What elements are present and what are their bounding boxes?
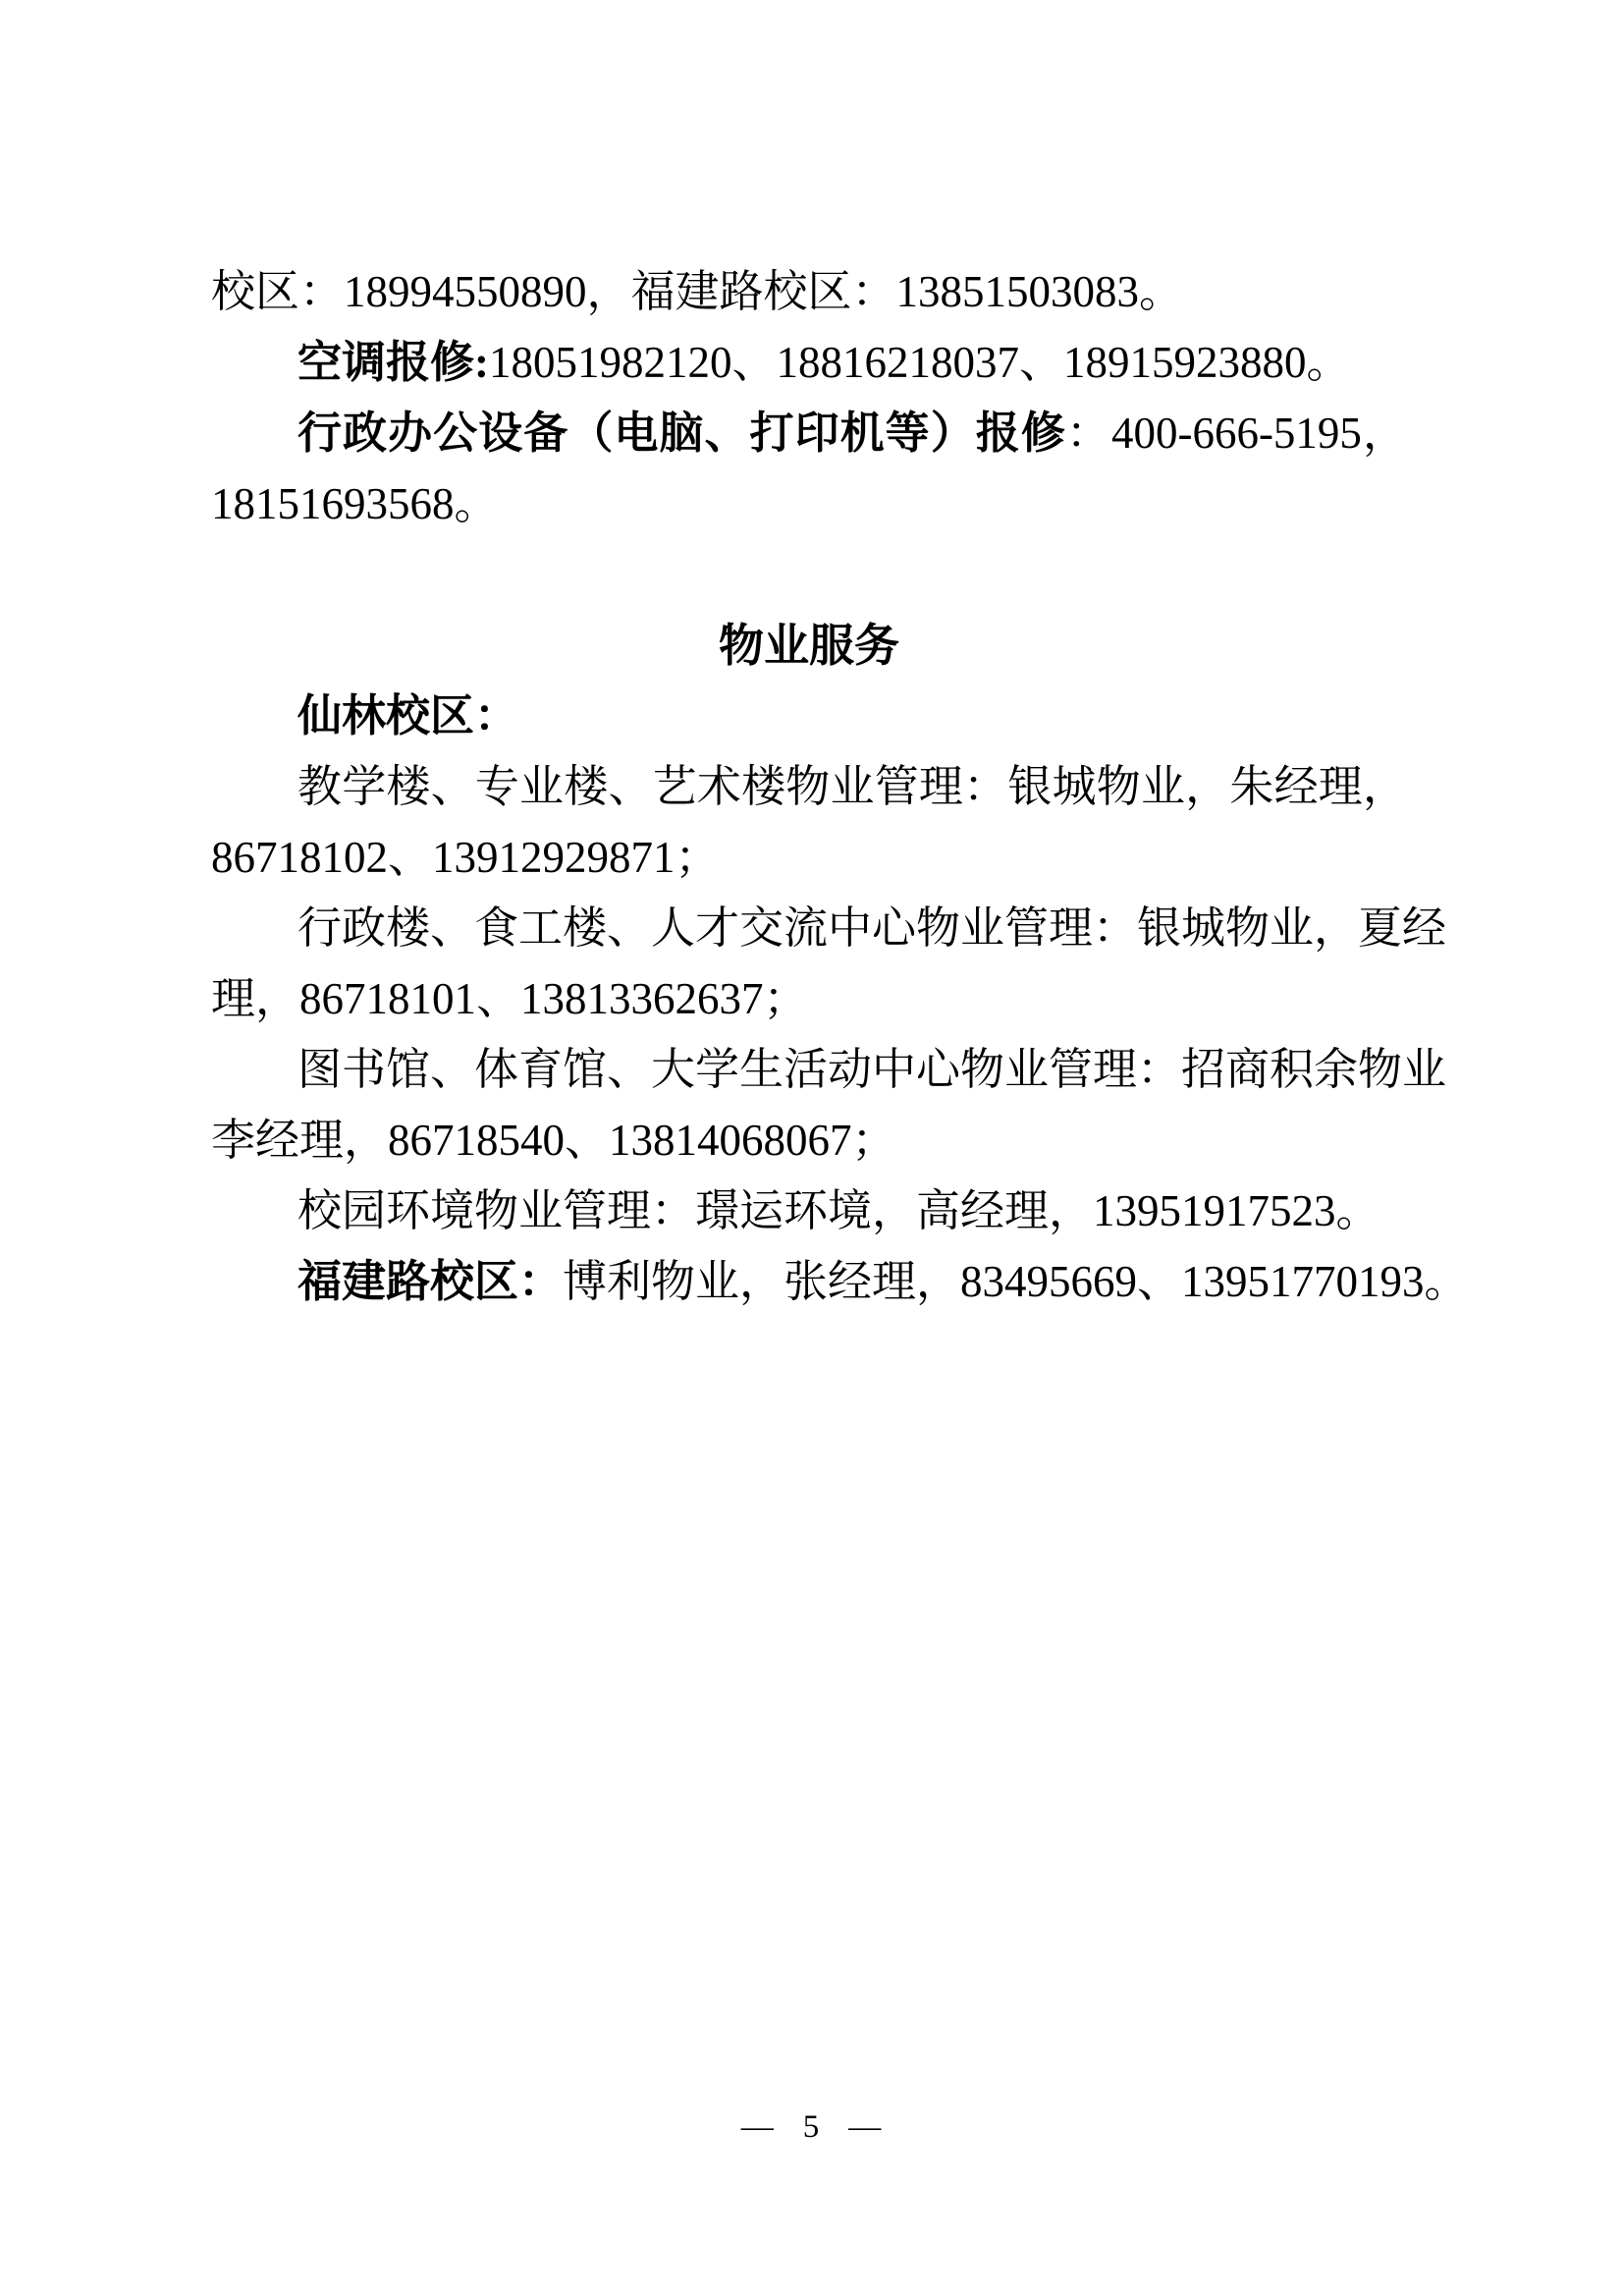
blank-line [211,539,1407,610]
fujianlu-campus-details: 博利物业，张经理，83495669、13951770193。 [563,1257,1469,1306]
fujianlu-campus-line: 福建路校区：博利物业，张经理，83495669、13951770193。 [211,1246,1407,1317]
footer-dash-left: — [741,2109,774,2145]
xianlin-campus-label: 仙林校区： [297,691,518,740]
maintenance-continuation-line: 校区：18994550890，福建路校区：13851503083。 [211,256,1407,327]
ac-repair-label: 空调报修: [297,338,489,387]
library-buildings-line-1: 图书馆、体育馆、大学生活动中心物业管理：招商积余物业 [211,1034,1407,1105]
campus-environment-line: 校园环境物业管理：璟运环境，高经理，13951917523。 [211,1175,1407,1246]
office-equipment-label: 行政办公设备（电脑、打印机等）报修 [297,409,1066,458]
ac-repair-line: 空调报修:18051982120、18816218037、18915923880… [211,327,1407,398]
document-page: 校区：18994550890，福建路校区：13851503083。 空调报修:1… [0,0,1622,2296]
ac-repair-numbers: 18051982120、18816218037、18915923880。 [489,338,1351,387]
xianlin-campus-line: 仙林校区： [211,681,1407,751]
admin-buildings-line-2: 理，86718101、13813362637； [211,963,1407,1034]
office-equipment-continuation-line: 18151693568。 [211,468,1407,539]
page-number: 5 [803,2109,820,2145]
office-equipment-repair-line: 行政办公设备（电脑、打印机等）报修：400-666-5195， [211,398,1407,468]
section-heading: 物业服务 [211,610,1407,681]
fujianlu-campus-label: 福建路校区： [297,1257,563,1306]
admin-buildings-line-1: 行政楼、食工楼、人才交流中心物业管理：银城物业，夏经 [211,893,1407,963]
page-footer: —5— [0,2098,1622,2157]
library-buildings-line-2: 李经理，86718540、13814068067； [211,1105,1407,1175]
office-equipment-numbers: ：400-666-5195， [1066,409,1407,458]
teaching-buildings-line-1: 教学楼、专业楼、艺术楼物业管理：银城物业，朱经理， [211,751,1407,822]
teaching-buildings-line-2: 86718102、13912929871； [211,822,1407,893]
footer-dash-right: — [848,2109,881,2145]
page-content: 校区：18994550890，福建路校区：13851503083。 空调报修:1… [211,256,1407,1317]
